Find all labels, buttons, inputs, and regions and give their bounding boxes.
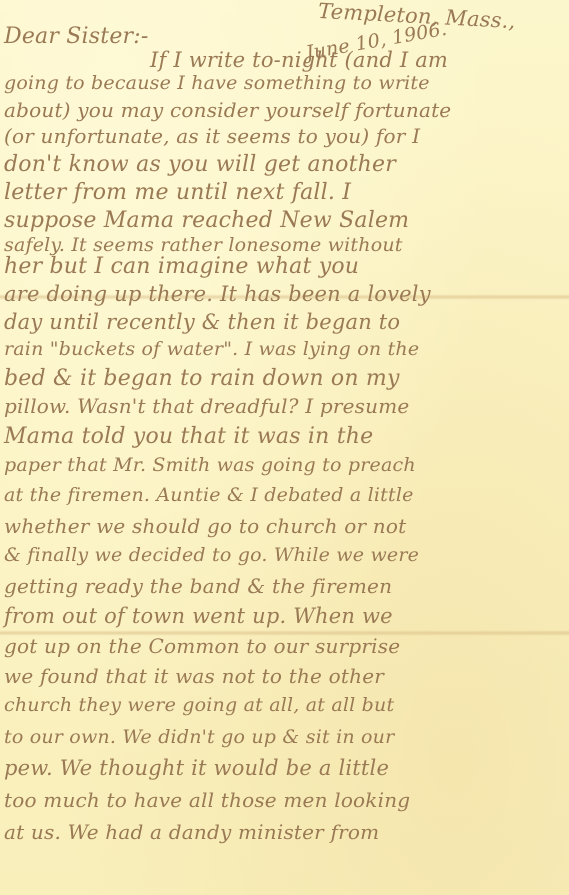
letter-line: Mama told you that it was in the — [4, 424, 373, 449]
letter-line: pew. We thought it would be a little — [4, 756, 389, 780]
letter-line: got up on the Common to our surprise — [4, 634, 400, 658]
letter-line: (or unfortunate, as it seems to you) for… — [4, 124, 420, 148]
letter-line: whether we should go to church or not — [4, 514, 406, 538]
letter-line: don't know as you will get another — [4, 152, 396, 177]
letter-line: we found that it was not to the other — [4, 664, 384, 688]
letter-line: day until recently & then it began to — [4, 310, 400, 334]
letter-line: at us. We had a dandy minister from — [4, 820, 379, 844]
letter-line: about) you may consider yourself fortuna… — [4, 98, 451, 122]
letter-line: her but I can imagine what you — [4, 254, 359, 279]
letter-line: are doing up there. It has been a lovely — [4, 282, 431, 306]
letter-salutation: Dear Sister:- — [4, 24, 149, 49]
letter-line: paper that Mr. Smith was going to preach — [4, 454, 416, 476]
letter-line: safely. It seems rather lonesome without — [4, 234, 403, 256]
letter-line: & finally we decided to go. While we wer… — [4, 544, 419, 566]
letter-line: rain "buckets of water". I was lying on … — [4, 338, 419, 360]
letter-line: to our own. We didn't go up & sit in our — [4, 726, 394, 748]
letter-line: bed & it began to rain down on my — [4, 366, 400, 391]
handwritten-letter: Templeton, Mass., June 10, 1906. Dear Si… — [0, 0, 569, 895]
letter-line: going to because I have something to wri… — [4, 72, 430, 94]
letter-line: suppose Mama reached New Salem — [4, 208, 409, 233]
letter-line: letter from me until next fall. I — [4, 180, 351, 205]
letter-line: getting ready the band & the firemen — [4, 574, 392, 598]
letter-line: pillow. Wasn't that dreadful? I presume — [4, 394, 409, 418]
letter-line: from out of town went up. When we — [4, 604, 393, 628]
letter-line: church they were going at all, at all bu… — [4, 694, 394, 716]
letter-line: too much to have all those men looking — [4, 788, 410, 812]
letter-line: If I write to-night (and I am — [150, 48, 448, 72]
letter-line: at the firemen. Auntie & I debated a lit… — [4, 484, 414, 506]
